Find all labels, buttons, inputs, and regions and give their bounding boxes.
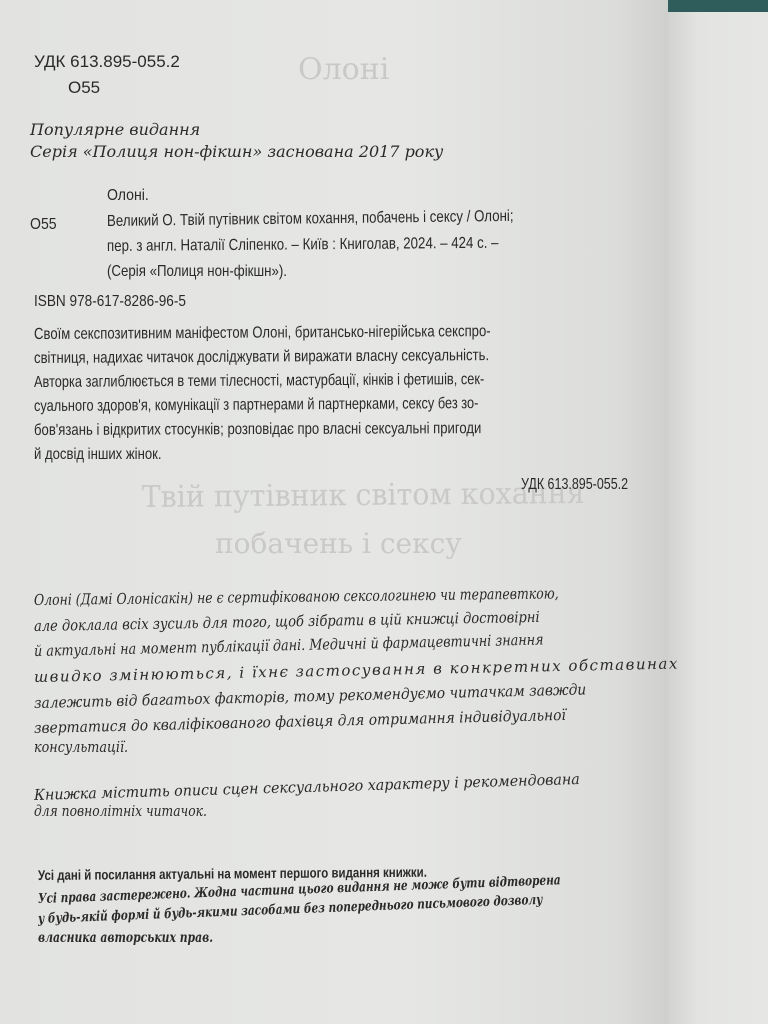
show-through-subtitle-2: побачень і сексу — [215, 527, 462, 560]
catalog-mark: О55 — [30, 215, 57, 235]
edition-type: Популярне видання — [30, 120, 200, 140]
rights-line-3: власника авторських прав. — [38, 928, 213, 948]
annotation-line-2: світниця, надихає читачок досліджувати й… — [34, 346, 489, 369]
annotation-line-4: суального здоров'я, комунікації з партне… — [34, 394, 478, 417]
annotation-line-3: Авторка заглиблюється в теми тілесності,… — [34, 370, 484, 393]
annotation-line-1: Своїм секспозитивним маніфестом Олоні, б… — [34, 322, 491, 345]
catalog-author: Олоні. — [107, 186, 149, 206]
right-page — [668, 12, 768, 1024]
catalog-line-2: пер. з англ. Наталії Сліпенко. – Київ : … — [107, 234, 499, 257]
catalog-line-3: (Серія «Полиця нон-фікшн»). — [107, 262, 287, 282]
show-through-title: Олоні — [298, 52, 389, 87]
series-line: Серія «Полиця нон-фікшн» заснована 2017 … — [30, 142, 443, 162]
disclaimer-line-7: консультації. — [34, 737, 128, 757]
annotation-line-5: бов'язань і відкритих стосунків; розпові… — [34, 419, 481, 441]
isbn: ISBN 978-617-8286-96-5 — [34, 292, 186, 312]
author-mark: О55 — [68, 78, 100, 98]
annotation-udk: УДК 613.895-055.2 — [521, 475, 628, 495]
content-warning-line-2: для повнолітніх читачок. — [34, 801, 207, 821]
show-through-subtitle: Твій путівник світом кохання — [142, 476, 585, 515]
udk-code: УДК 613.895-055.2 — [34, 52, 180, 72]
annotation-line-6: й досвід інших жінок. — [34, 445, 162, 465]
